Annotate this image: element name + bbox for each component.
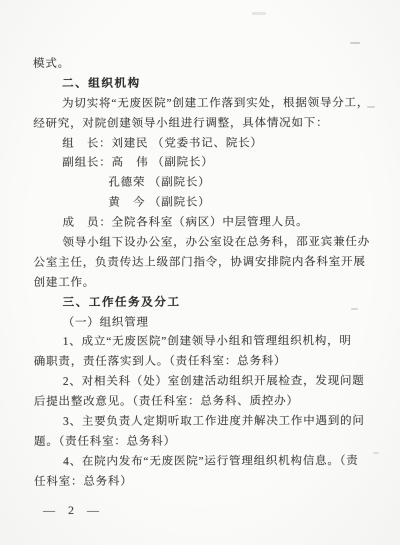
text-line-leader: 组 长：刘建民 （党委书记、院长）: [62, 134, 382, 155]
section-heading-2: 二、组织机构: [62, 74, 382, 95]
document-page: 模式。 二、组织机构 为切实将“无废医院”创建工作落到实处，根据领导分工， 经研…: [0, 0, 400, 545]
document-body: 模式。 二、组织机构 为切实将“无废医院”创建工作落到实处，根据领导分工， 经研…: [33, 54, 383, 493]
text-line-item4-2: 任科室：总务科）: [34, 472, 383, 493]
text-line-item2-2: 后提出整改意见。（责任科室：总务科、质控办）: [34, 392, 383, 413]
subsection-heading-1: （一）组织管理: [63, 313, 383, 334]
text-line-carryover: 模式。: [33, 54, 382, 75]
section-heading-3: 三、工作任务及分工: [63, 293, 383, 314]
text-line-item4-1: 4、在院内发布“无废医院”运行管理组织机构信息。（责: [63, 452, 383, 473]
scan-artifact: [350, 42, 360, 44]
scan-artifact: [252, 12, 266, 15]
text-line-deputy-2: 孔德荣 （副院长）: [108, 173, 382, 194]
scan-artifact: [351, 308, 358, 310]
page-number: — 2 —: [43, 503, 104, 518]
text-line-deputy-1: 副组长：高 伟 （副院长）: [62, 154, 382, 175]
text-line-office-2: 公室主任，负责传达上级部门指令，协调安排院内各科室开展: [34, 253, 383, 274]
scan-artifact: [373, 452, 379, 454]
text-line-office-3: 创建工作。: [34, 273, 383, 294]
text-line-intro-2: 经研究，对院创建领导小组进行调整，具体情况如下：: [33, 114, 382, 135]
text-line-deputy-3: 黄 今 （副院长）: [108, 193, 382, 214]
text-line-item3-2: 题。（责任科室：总务科）: [34, 432, 383, 453]
text-line-members: 成 员：全院各科室（病区）中层管理人员。: [62, 213, 382, 234]
text-line-item2-1: 2、对相关科（处）室创建活动组织开展检查，发现问题: [63, 372, 383, 393]
scan-artifact: [367, 106, 375, 108]
text-line-item1-2: 确职责，责任落实到人。（责任科室：总务科）: [34, 352, 383, 373]
text-line-intro-1: 为切实将“无废医院”创建工作落到实处，根据领导分工，: [62, 94, 382, 115]
text-line-item1-1: 1、成立“无废医院”创建领导小组和管理组织机构，明: [63, 333, 383, 354]
text-line-office-1: 领导小组下设办公室，办公室设在总务科，邵亚宾兼任办: [62, 233, 382, 254]
text-line-item3-1: 3、主要负责人定期听取工作进度并解决工作中遇到的问: [63, 412, 383, 433]
